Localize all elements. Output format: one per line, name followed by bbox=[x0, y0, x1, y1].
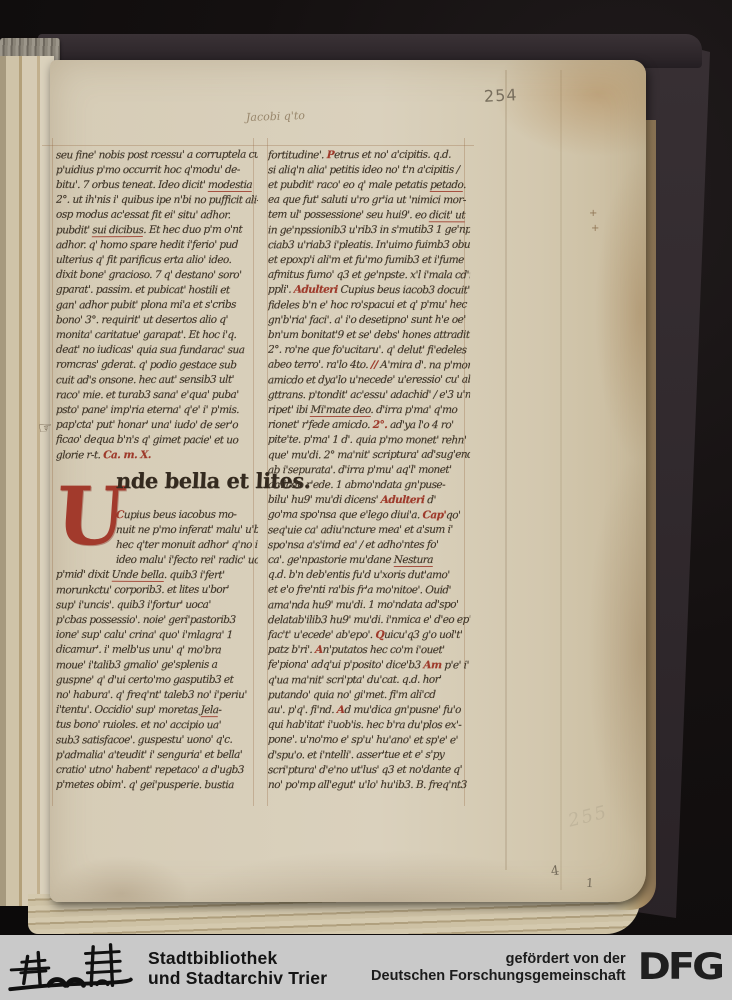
manuscript-line: dicamur'. i' melb'us unu' q' mo'bra bbox=[56, 643, 259, 659]
manuscript-line: tem ul' possessione' seu hui9'. eo dicit… bbox=[268, 208, 471, 224]
manuscript-line: no' po'mp all'egut' u'lo' hu'ib3. B. fre… bbox=[268, 778, 471, 793]
manuscript-line: d'spu'o. et i'ntelli'. asser'tue et e' s… bbox=[268, 748, 470, 764]
manuscript-line: ca'. ge'npastorie mu'dane Nestura bbox=[268, 553, 471, 568]
ruling-line bbox=[52, 138, 53, 806]
manuscript-line: 2°. ut ih'nis i' quibus ipe n'bi no puff… bbox=[56, 193, 259, 208]
funding-credit-line1: gefördert von der bbox=[371, 951, 626, 968]
margin-plus-mark: + bbox=[589, 208, 597, 219]
manuscript-line: ama'nda hu9' mu'di. 1 mo'ndata ad'spo' bbox=[268, 598, 470, 614]
page-stack-left-edges bbox=[0, 56, 54, 906]
manuscript-line: p'mid' dixit Unde bella. quib3 i'fert' bbox=[56, 568, 259, 584]
digitized-manuscript-view: Jacobi q'to 254 seu fine' nobis post rce… bbox=[0, 0, 732, 1000]
manuscript-line: fideles b'n e' hoc ro'spacui et q' p'mu'… bbox=[268, 298, 470, 314]
ruling-line bbox=[42, 145, 474, 146]
photo-stage: Jacobi q'to 254 seu fine' nobis post rce… bbox=[0, 0, 732, 935]
manuscript-line: adhor. q' homo spare hedit i'ferio' pud bbox=[56, 238, 259, 253]
library-name-line1: Stadtbibliothek bbox=[148, 948, 327, 968]
manuscript-line: cratio' utno' habent' repetaco' a d'ugb3 bbox=[56, 763, 259, 778]
manuscript-line: amicdo et dya'lo u'necede' u'eressio' cu… bbox=[268, 373, 470, 389]
dfg-logo: DFG bbox=[638, 938, 722, 998]
manuscript-line: glorie r-t. Ca. m. X. bbox=[56, 448, 258, 464]
manuscript-line: ripet' ibi Mi'mate deo. d'irra p'ma' q'm… bbox=[268, 403, 471, 418]
manuscript-line: patz b'ri'. An'putatos hec co'm i'ouet' bbox=[268, 643, 471, 658]
porta-nigra-emblem-icon bbox=[8, 941, 134, 995]
manuscript-line: bilu' hu9' mu'di dicens' Adulteri d' bbox=[268, 493, 471, 508]
manuscript-line: qui hab'itat' i'uob'is. hec b'ra du'plos… bbox=[268, 718, 471, 733]
manuscript-line: fac't' u'ecede' ab'epo'. Quicu'q3 g'o uo… bbox=[268, 628, 471, 643]
manuscript-line: ab i'sepurata'. d'irra p'mu' aq'l' monet… bbox=[268, 463, 471, 478]
manuscript-line: 2°. ro'ne que fo'ucitaru'. q' delut' fi'… bbox=[268, 343, 471, 358]
margin-plus-mark: + bbox=[591, 223, 599, 234]
manuscript-line: que' mu'di. 2° ma'nit' scriptura' ad'sug… bbox=[268, 448, 470, 464]
footer-band: Stadtbibliothek und Stadtarchiv Trier ge… bbox=[0, 935, 732, 1000]
manuscript-line: q'ua ma'nit' scri'pta' du'cat. q.d. hor' bbox=[268, 673, 470, 689]
manuscript-line: gan' adhor pubit' plona mi'a et s'cribs bbox=[56, 298, 258, 314]
right-text-column: fortitudine'. Petrus et no' a'cipitis. q… bbox=[268, 148, 470, 793]
manuscript-line: moue' i'talib3 gmalio' ge'splenis a bbox=[56, 658, 258, 674]
manuscript-line: cuit ad's onsone. hec aut' sensib3 ult' bbox=[56, 373, 258, 389]
pencil-mark: 1 bbox=[586, 876, 595, 890]
manuscript-line: gn'b'ria' faci'. a' i'o desetipno' sunt … bbox=[268, 313, 471, 328]
manuscript-line: ppli'. Adulteri Cupius beus iacob3 docui… bbox=[268, 283, 471, 299]
page-crease bbox=[505, 70, 507, 870]
manuscript-line: romcras' gderat. q' podio gestace sub bbox=[56, 358, 259, 374]
manuscript-line: morunkctu' corporib3. et lites u'bor' bbox=[56, 583, 258, 599]
manuscript-line: raco' mie. et turab3 sana' e'qua' puba' bbox=[56, 388, 259, 403]
manuscript-line: q.d. b'n deb'entis fu'd u'xoris dut'amo' bbox=[268, 568, 471, 583]
left-text-column-upper: seu fine' nobis post rcessu' a corruptel… bbox=[56, 148, 258, 463]
manuscript-line: pubdit' sui dicibus. Et hec duo p'm o'nt bbox=[56, 223, 258, 239]
manuscript-line: ficao' dequa b'n's q' gimet pacie' et uo bbox=[56, 433, 259, 449]
running-title: Jacobi q'to bbox=[246, 109, 305, 124]
left-text-column-lower: Cupius beus iacobus mo-nuit ne p'mo infe… bbox=[56, 508, 258, 793]
manuscript-line: seu fine' nobis post rcessu' a corruptel… bbox=[56, 148, 258, 164]
funding-branding: gefördert von der Deutschen Forschungsge… bbox=[371, 935, 722, 1000]
folio-number-pencil: 254 bbox=[484, 85, 518, 106]
manuscript-line: abeo terro'. ra'lo 4to. // A'mira d'. na… bbox=[268, 358, 471, 374]
funding-credit: gefördert von der Deutschen Forschungsge… bbox=[371, 951, 626, 985]
manuscript-line: amicdo r'ede. 1 abmo'ndata gn'puse- bbox=[268, 478, 471, 493]
manuscript-line: ea que fut' saluti u'ro gr'ia ut 'nimici… bbox=[268, 193, 471, 208]
manuscript-line: gttrans. p'tondit' ac'essu' adachid' / e… bbox=[268, 388, 471, 403]
manuscript-line: gparat'. passim. et pubicat' hostili et bbox=[56, 283, 259, 299]
manuscript-line: ideo malu' i'fecto rei' radic' uolens' bbox=[56, 553, 259, 568]
manuscript-line: nuit ne p'mo inferat' malu' u'bo. bbox=[56, 523, 259, 538]
manuscript-line: sub3 satisfacoe'. guspestu' uono' q'c. bbox=[56, 733, 258, 749]
manuscript-line: scri'ptura' d'e'no ut'lus' q3 et no'dant… bbox=[268, 763, 471, 778]
manuscript-line: si aliq'n alia' petitis ideo no' t'n a'c… bbox=[268, 163, 471, 178]
manuscript-line: bitu'. 7 orbus teneat. Ideo dicit' modes… bbox=[56, 178, 259, 193]
manuscript-line: dixit bone' gracioso. 7 q' destano' soro… bbox=[56, 268, 259, 283]
manuscript-line: bn'um bonitat'9 et se' debs' hones attra… bbox=[268, 328, 471, 343]
manuscript-line: guspne' q' d'ui certo'mo gasputib3 et bbox=[56, 673, 259, 688]
manuscript-line: Cupius beus iacobus mo- bbox=[56, 508, 258, 524]
manuscript-line: et pubdit' raco' eo q' male petatis peta… bbox=[268, 178, 471, 193]
manuscript-line: et epoxp'i ali'm et fu'mo fumib3 et i'fu… bbox=[268, 253, 471, 268]
manuscript-line: pite'te. p'ma' 1 d'. quia p'mo monet' re… bbox=[268, 433, 471, 449]
manuscript-line: ulterius q' fit parificus erta alio' ide… bbox=[56, 253, 259, 268]
manuscript-line: p'cbas possessio'. noie' geri'pastorib3 bbox=[56, 613, 259, 628]
manuscript-line: pone'. u'no'mo e' sp'u' hu'ano' et sp'e'… bbox=[268, 733, 471, 749]
manuscript-line: delatab'ilib3 hu9' mu'di. i'nmica e' d'e… bbox=[268, 613, 471, 628]
manuscript-line: i'tentu'. Occidio' sup' moretas Jela- bbox=[56, 703, 259, 718]
manuscript-line: p'uidius p'mo occurrit hoc q'modu' de- bbox=[56, 163, 259, 178]
manuscript-line: monita' caritatue' garapat'. Et hoc i'q. bbox=[56, 328, 259, 343]
manuscript-line: psto' pane' imp'ria eterna' q'e' i' p'mi… bbox=[56, 403, 259, 418]
manuscript-line: bono' 3°. requirit' ut desertos alio q' bbox=[56, 313, 259, 328]
manuscript-line: p'admalia' a'teudit' i' senguria' et bel… bbox=[56, 748, 259, 763]
manuscript-line: in ge'npssionib3 u'rib3 in s'mutib3 1 ge… bbox=[268, 223, 470, 239]
manuscript-line: ione' sup' calu' crina' quo' i'mlagra' 1 bbox=[56, 628, 259, 643]
page-crease bbox=[560, 70, 562, 890]
manuscript-line: osp modus ac'essat fit ei' situ' adhor. bbox=[56, 208, 259, 224]
manuscript-line: au'. p'q'. fi'nd. Ad mu'dica gn'pusne' f… bbox=[268, 703, 471, 718]
manuscript-line: et e'o fre'nti ra'bis fr'a mo'nitoe'. Ou… bbox=[268, 583, 471, 599]
library-name-line2: und Stadtarchiv Trier bbox=[148, 968, 327, 988]
manuscript-line: ciab3 u'riab3 i'pleatis. In'uimo fuimb3 … bbox=[268, 238, 471, 253]
manuscript-line: sup' i'uncis'. quib3 i'fortur' uoca' bbox=[56, 598, 259, 613]
manuscript-line: hec q'ter monuit adhor' q'no i'feat' bbox=[56, 538, 259, 553]
manuscript-line: fortitudine'. Petrus et no' a'cipitis. q… bbox=[268, 148, 470, 164]
library-name: Stadtbibliothek und Stadtarchiv Trier bbox=[148, 948, 327, 988]
funding-credit-line2: Deutschen Forschungsgemeinschaft bbox=[371, 968, 626, 985]
manuscript-line: afmitus fumo' q3 et ge'npste. x'l i'mala… bbox=[268, 268, 471, 283]
manuscript-line: tus bono' ruioles. et no' accipio ua' bbox=[56, 718, 259, 734]
manuscript-line: no' habura'. q' freq'nt' taleb3 no' i'pe… bbox=[56, 688, 259, 703]
manuscript-line: go'ma spo'nsa que e'lego diui'a. Cap'qo' bbox=[268, 508, 471, 524]
library-branding: Stadtbibliothek und Stadtarchiv Trier bbox=[0, 941, 327, 995]
manuscript-line: putando' quia no' gi'met. fi'm ali'cd bbox=[268, 688, 471, 703]
manuscript-line: fe'piona' adq'ui p'posito' dice'b3 Am p'… bbox=[268, 658, 471, 674]
manuscript-line: rionet' r'fede amicdo. 2°. ad'ya l'o 4 r… bbox=[268, 418, 471, 433]
manuscript-line: p'metes obim'. q' gei'pusperie. bustia bbox=[56, 778, 259, 793]
manuscript-line: deat' no iudicas' quia sua fundarac' sua bbox=[56, 343, 259, 358]
manuscript-line: spo'nsa a's'imd ea' / et adho'ntes fo' bbox=[268, 538, 471, 553]
manuscript-line: pap'cta' put' honar' una' iudo' de ser'o bbox=[56, 418, 259, 433]
manicule-icon: ☞ bbox=[37, 417, 53, 437]
manuscript-line: seq'uie ca' adiu'ncture mea' et a'sum i' bbox=[268, 523, 470, 539]
